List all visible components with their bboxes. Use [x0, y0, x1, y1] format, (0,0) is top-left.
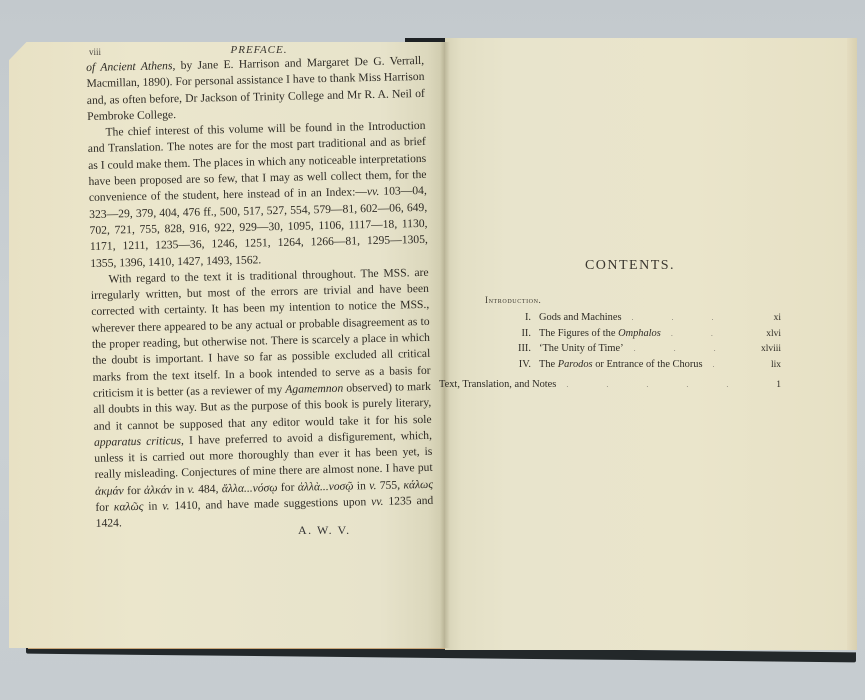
toc-entry: I. Gods and Machines . . . . . . . xi [485, 312, 781, 328]
toc-entry-page: xi [751, 313, 781, 323]
toc-main-entry: Text, Translation, and Notes . . . . . .… [485, 379, 781, 395]
toc-entry-page: xlviii [751, 344, 781, 354]
toc-entry: III. ‘The Unity of Time’ . . . . . . . x… [485, 343, 781, 359]
toc-entry-number: III. [485, 343, 539, 354]
toc-entry-number: IV. [485, 359, 539, 370]
preface-paragraph: The chief interest of this volume will b… [87, 118, 428, 272]
toc-entry: IV. The Parodos or Entrance of the Choru… [485, 359, 781, 375]
preface-paragraph: of Ancient Athens, by Jane E. Harrison a… [86, 53, 425, 125]
toc-entry-page: 1 [751, 380, 781, 390]
right-page-edge [847, 38, 857, 650]
leader-dots: . . . . . . . [703, 360, 751, 369]
toc-entry-title: Gods and Machines [539, 312, 622, 323]
book-gutter [440, 42, 450, 648]
toc-entry-page: xlvi [751, 329, 781, 339]
toc-entry-title: ‘The Unity of Time’ [539, 343, 624, 354]
leader-dots: . . . . . . . [661, 329, 751, 338]
contents-title: CONTENTS. [560, 258, 700, 274]
leader-dots: . . . . . . . [556, 380, 751, 389]
table-of-contents: I. Gods and Machines . . . . . . . xi II… [485, 312, 781, 395]
toc-entry: II. The Figures of the Omphalos . . . . … [485, 328, 781, 344]
preface-text: of Ancient Athens, by Jane E. Harrison a… [86, 53, 434, 533]
leader-dots: . . . . . . . [622, 313, 751, 322]
toc-entry-title: The Parodos or Entrance of the Chorus [539, 359, 703, 370]
preface-paragraph: With regard to the text it is traditiona… [90, 265, 433, 533]
author-initials: A. W. V. [298, 523, 351, 538]
contents-section-heading: Introduction. [485, 295, 541, 305]
toc-entry-number: II. [485, 328, 539, 339]
toc-entry-title: Text, Translation, and Notes [439, 379, 556, 390]
toc-entry-number: I. [485, 312, 539, 323]
toc-entry-page: lix [751, 360, 781, 370]
toc-entry-title: The Figures of the Omphalos [539, 328, 661, 339]
leader-dots: . . . . . . . [624, 344, 751, 353]
